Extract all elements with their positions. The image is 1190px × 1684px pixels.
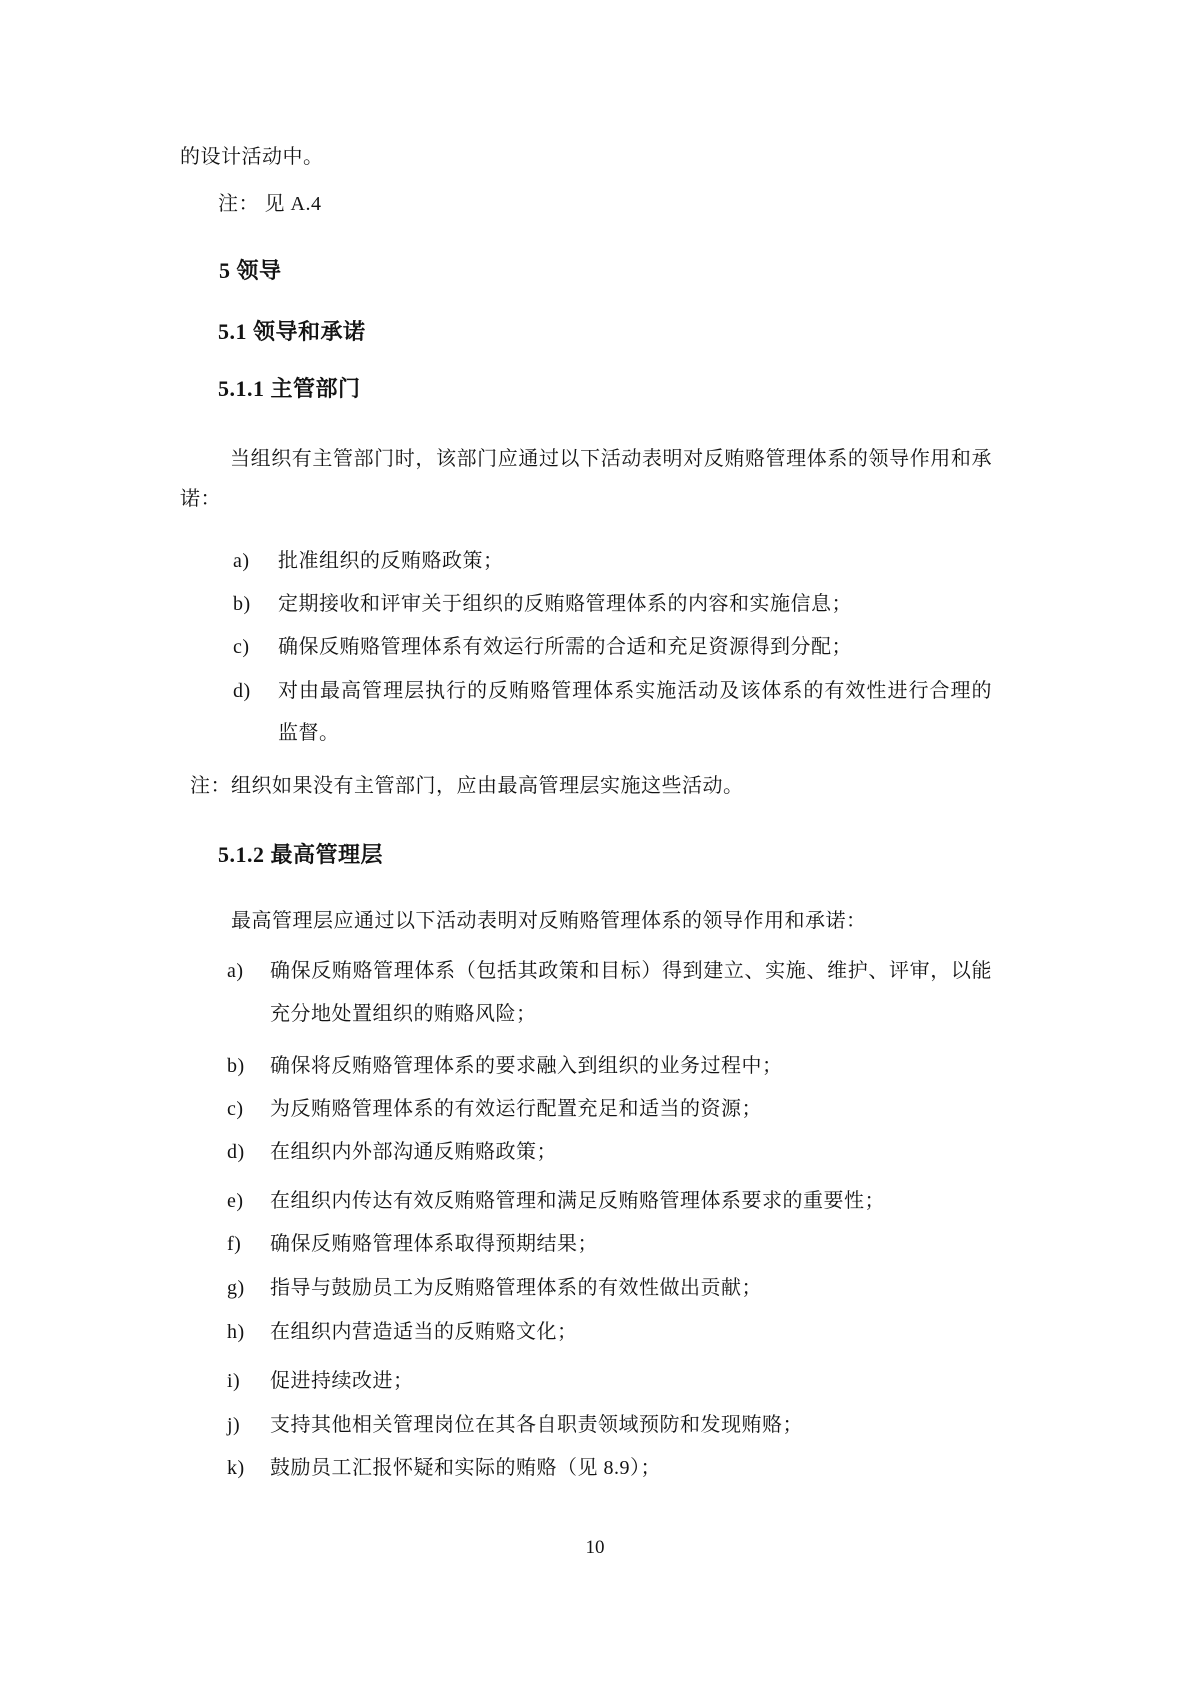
note-line: 注：组织如果没有主管部门，应由最高管理层实施这些活动。 [190,775,744,798]
list-item-text: 为反贿赂管理体系的有效运行配置充足和适当的资源； [270,1098,762,1121]
paragraph-line: 诺： [180,488,221,511]
list-marker: c) [227,1098,244,1121]
list-item-text: 支持其他相关管理岗位在其各自职责领域预防和发现贿赂； [270,1414,803,1437]
section-heading-5-1: 5.1 领导和承诺 [218,320,366,344]
list-marker: a) [233,550,250,573]
list-marker: j) [227,1414,240,1437]
list-marker: e) [227,1190,244,1213]
section-heading-5-1-2: 5.1.2 最高管理层 [218,843,383,867]
list-item-text: 确保反贿赂管理体系取得预期结果； [270,1233,598,1256]
document-page: 的设计活动中。 注： 见 A.4 5 领导 5.1 领导和承诺 5.1.1 主管… [0,0,1190,1684]
list-marker: d) [227,1141,245,1164]
list-marker: a) [227,960,244,983]
note-line: 注： 见 A.4 [218,193,321,216]
paragraph-line: 当组织有主管部门时，该部门应通过以下活动表明对反贿赂管理体系的领导作用和承 [230,448,992,471]
list-marker: b) [233,593,251,616]
list-item-text: 确保反贿赂管理体系有效运行所需的合适和充足资源得到分配； [278,636,852,659]
list-marker: i) [227,1370,240,1393]
list-marker: h) [227,1321,245,1344]
list-item-text: 对由最高管理层执行的反贿赂管理体系实施活动及该体系的有效性进行合理的 [278,680,992,703]
list-item-text: 充分地处置组织的贿赂风险； [270,1003,537,1026]
list-marker: g) [227,1277,245,1300]
list-marker: b) [227,1055,245,1078]
paragraph-line: 最高管理层应通过以下活动表明对反贿赂管理体系的领导作用和承诺： [231,910,867,933]
list-item-text: 确保将反贿赂管理体系的要求融入到组织的业务过程中； [270,1055,783,1078]
body-line: 的设计活动中。 [180,146,324,169]
list-item-text: 在组织内外部沟通反贿赂政策； [270,1141,557,1164]
list-item-text: 在组织内传达有效反贿赂管理和满足反贿赂管理体系要求的重要性； [270,1190,885,1213]
section-heading-5-1-1: 5.1.1 主管部门 [218,377,361,401]
list-item-text: 批准组织的反贿赂政策； [278,550,504,573]
list-item-text: 在组织内营造适当的反贿赂文化； [270,1321,578,1344]
section-heading-5: 5 领导 [219,259,282,283]
page-number: 10 [0,1537,1190,1559]
list-item-text: 确保反贿赂管理体系（包括其政策和目标）得到建立、实施、维护、评审，以能 [270,960,992,983]
list-marker: c) [233,636,250,659]
list-item-text: 鼓励员工汇报怀疑和实际的贿赂（见 8.9）； [270,1457,661,1480]
list-marker: k) [227,1457,245,1480]
list-item-text: 指导与鼓励员工为反贿赂管理体系的有效性做出贡献； [270,1277,762,1300]
list-item-text: 监督。 [278,722,340,745]
list-item-text: 定期接收和评审关于组织的反贿赂管理体系的内容和实施信息； [278,593,852,616]
list-marker: f) [227,1233,241,1256]
list-marker: d) [233,680,251,703]
list-item-text: 促进持续改进； [270,1370,414,1393]
